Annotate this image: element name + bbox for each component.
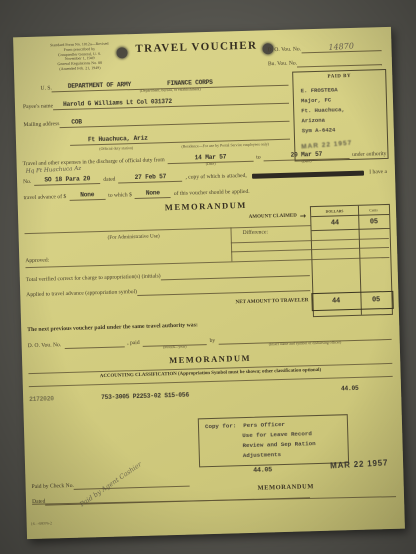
station-code: 2172020: [29, 395, 54, 404]
struck-out-text: [252, 171, 365, 179]
dated-label: dated: [103, 177, 115, 184]
admin-use-caption: (For Administrative Use): [49, 232, 219, 244]
voucher-amount: 44.05: [253, 466, 272, 475]
dated-label: Dated: [32, 499, 46, 506]
amount-claimed-values: 44 05: [311, 215, 389, 231]
do-vou-field: 14870: [301, 41, 382, 53]
address-row: Mailing address COB: [23, 110, 289, 129]
cents-header: Cents: [358, 207, 389, 212]
advance-tail: of this voucher should be applied.: [174, 189, 250, 198]
date-caption: (Date): [264, 158, 350, 165]
net-amount-box: 44 05: [311, 291, 393, 311]
applied-field: None: [135, 189, 171, 199]
advance-lead: travel advance of $: [23, 194, 66, 202]
attached-text: , copy of which is attached,: [185, 173, 247, 182]
previous-voucher-lead: The next previous voucher paid under the…: [27, 322, 198, 334]
approved-label: Approved:: [25, 257, 49, 265]
paid-by-post: Ft. Huachuca,: [301, 106, 345, 114]
copy-for-label: Copy for:: [205, 422, 236, 430]
paid-by-title: PAID BY: [293, 73, 385, 81]
rule: [230, 227, 232, 261]
dollars-header: DOLLARS: [311, 208, 358, 213]
verified-field: [161, 275, 310, 280]
amount-claimed-row: AMOUNT CLAIMED →: [186, 211, 306, 223]
applied-advance-row: Applied to travel advance (appropriation…: [26, 281, 310, 299]
order-number-field: SO 18 Para 20: [34, 175, 100, 186]
payee-label: Payee's name: [23, 103, 53, 111]
date-stamp: MAR 22 1957: [330, 458, 389, 470]
net-cents: 05: [359, 296, 392, 305]
address-value-2: Ft Huachuca, Ariz: [88, 135, 148, 145]
order-date-field: 27 Feb 57: [118, 173, 182, 184]
to-date-field: 20 Mar 57 (Date): [263, 150, 349, 161]
copy-for-box: Copy for: Pers Officer Use for Leave Rec…: [198, 414, 349, 467]
net-amount-label: NET AMOUNT TO TRAVELER: [160, 297, 308, 308]
bu-vou-row: Bu. Vou. No.: [268, 54, 382, 68]
applied-advance-label: Applied to travel advance (appropriation…: [26, 289, 137, 299]
paid-by-symbol: Sym A-6424: [302, 126, 336, 134]
payee-value: Harold G Williams Lt Col 031372: [63, 98, 172, 109]
payee-field: Harold G Williams Lt Col 031372: [53, 95, 289, 111]
applied-value: None: [146, 189, 160, 197]
department-row: U. S. DEPARTMENT OF ARMY FINANCE CORPS (…: [40, 74, 288, 93]
advance-value: None: [80, 191, 94, 199]
photo-background: Standard Form No. 1012a—Revised Form pre…: [0, 0, 416, 554]
advance-field: None: [69, 191, 105, 201]
page-title: TRAVEL VOUCHER: [129, 39, 263, 55]
address-field: COB: [59, 113, 289, 128]
date-caption: (Date): [168, 161, 254, 168]
claimed-dollars: 44: [311, 218, 358, 227]
amount-claimed-label: AMOUNT CLAIMED: [249, 213, 297, 221]
print-code: 16—68076-2: [31, 520, 52, 526]
month-year-caption: (Month—year): [143, 344, 207, 351]
do-vou-value: 14870: [328, 41, 354, 52]
net-dollars: 44: [312, 297, 359, 306]
advance-mid: to which $: [108, 192, 132, 200]
bu-vou-label: Bu. Vou. No.: [268, 60, 297, 68]
i-have-text: I have a: [369, 169, 387, 176]
do-vou-label: D. O. Vou. No.: [267, 46, 301, 54]
memorandum-title-2: MEMORANDUM: [122, 352, 298, 367]
applied-advance-field: [137, 290, 310, 296]
from-date-field: 14 Mar 57 (Date): [168, 153, 254, 164]
prev-by-field: (Insert name and symbol of disbursing of…: [218, 339, 391, 345]
prev-paid-label: , paid: [127, 340, 140, 347]
verified-label: Total verified correct for charge to app…: [26, 273, 161, 284]
prev-do-vou-label: D. O. Vou. No.: [28, 342, 62, 350]
paid-by-state: Arizona: [301, 117, 325, 125]
address-label: Mailing address: [23, 121, 59, 129]
check-number-label: Paid by Check No.: [32, 483, 74, 491]
paid-by-rank: Major, FC: [301, 97, 331, 105]
order-date-value: 27 Feb 57: [134, 173, 166, 182]
copy-for-value: Pers Officer: [243, 421, 285, 429]
disbursing-officer-caption: (Insert name and symbol of disbursing of…: [218, 339, 392, 349]
appropriation-classification: 753-3005 P2253-02 S15-056: [101, 392, 189, 402]
prev-do-vou-field: [64, 346, 124, 349]
do-vou-row: D. O. Vou. No. 14870: [267, 38, 381, 54]
travel-voucher-document: Standard Form No. 1012a—Revised Form pre…: [13, 27, 405, 539]
to-word: to: [256, 155, 261, 162]
address-value: COB: [71, 118, 82, 126]
arrow-icon: →: [300, 213, 306, 219]
difference-label: Difference:: [243, 229, 269, 237]
us-label: U. S.: [40, 85, 52, 92]
authority-tail: under authority: [352, 151, 387, 159]
bu-vou-field: [297, 64, 382, 67]
authority-lead: Travel and other expenses in the dischar…: [23, 157, 165, 168]
classification-amount: 44.05: [341, 385, 359, 393]
department-field: DEPARTMENT OF ARMY FINANCE CORPS (Depart…: [52, 77, 289, 93]
prev-paid-field: (Month—year): [143, 344, 207, 347]
paid-by-name: E. FROSTEGA: [301, 86, 338, 94]
copy-for-line: Adjustments: [243, 448, 348, 461]
memorandum-title: MEMORANDUM: [118, 199, 294, 214]
prev-by-label: by: [209, 338, 215, 345]
no-label: No.: [23, 179, 31, 186]
check-number-field: [74, 486, 190, 490]
order-number-value: SO 18 Para 20: [44, 175, 90, 184]
claimed-cents: 05: [358, 217, 389, 226]
